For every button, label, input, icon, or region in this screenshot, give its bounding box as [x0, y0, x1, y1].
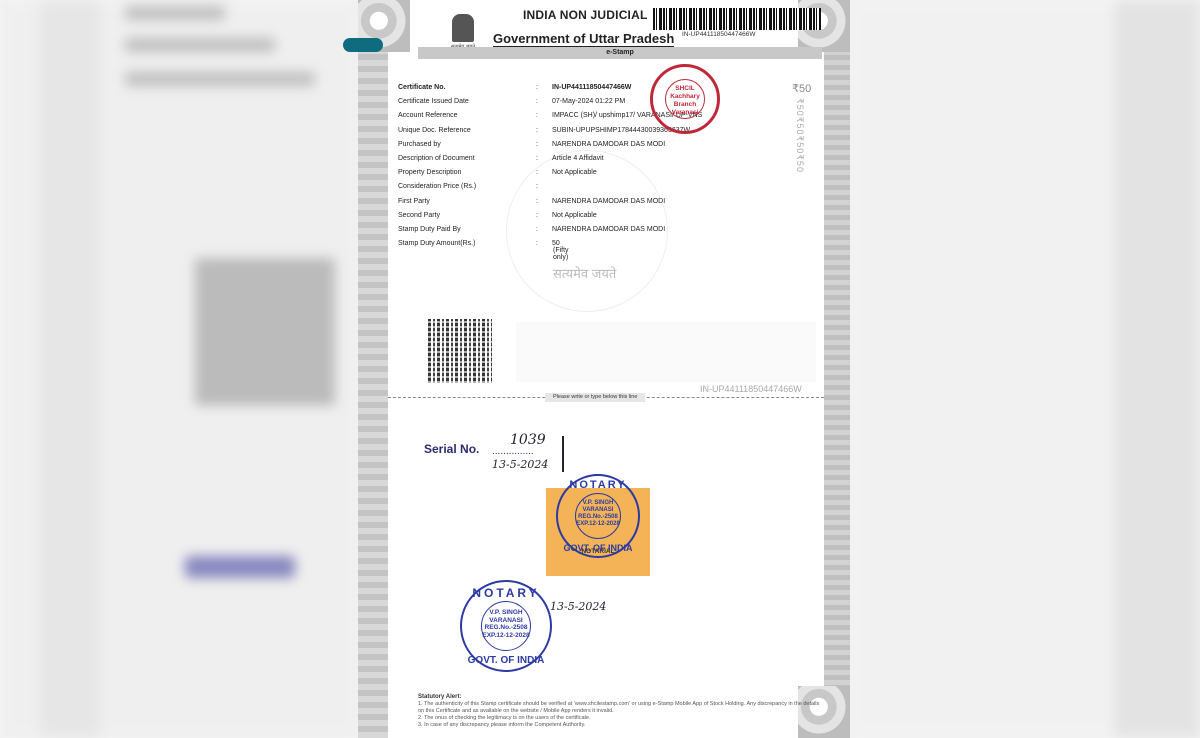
- notary-seal: NOTARY V.P. SINGH VARANASI REG.No.-2508 …: [460, 580, 552, 672]
- national-emblem-icon: सत्यमेव जयते: [446, 10, 480, 50]
- write-below-label: Please write or type below this line: [545, 393, 645, 402]
- certificate-number-footer: IN-UP44111850447466W: [700, 384, 802, 394]
- teal-clip-mark: [343, 38, 383, 52]
- notary-seal: NOTARY V.P. SINGH VARANASI REG.No.-2508 …: [556, 474, 640, 558]
- shcil-seal: SHCIL Kachhary Branch Varanasi: [650, 64, 720, 134]
- vertical-denomination: ₹50₹50₹50₹50: [795, 98, 805, 173]
- decorative-border-right: [824, 0, 850, 738]
- e-stamp-document: सत्यमेव जयते INDIA NON JUDICIAL Governme…: [358, 0, 850, 738]
- decorative-border-left: [358, 0, 388, 738]
- blurred-background-left: [0, 0, 360, 738]
- header-title: INDIA NON JUDICIAL: [523, 8, 648, 22]
- serial-label: Serial No.: [424, 442, 479, 456]
- signature-date: 13-5-2024: [550, 600, 606, 613]
- amount-in-words: (Fifty only): [553, 247, 569, 261]
- document-body: सत्यमेव जयते INDIA NON JUDICIAL Governme…: [388, 0, 824, 738]
- barcode-number: IN-UP44111850447466W: [682, 31, 755, 38]
- blurred-background-right: [848, 0, 1200, 738]
- serial-date: 13-5-2024: [492, 458, 548, 471]
- header-subtitle: Government of Uttar Pradesh: [493, 31, 674, 47]
- serial-number: 1039: [510, 432, 546, 448]
- qr-code-icon: [428, 319, 492, 383]
- e-stamp-band: e-Stamp: [418, 47, 822, 59]
- statutory-alert: Statutory Alert: 1. The authenticity of …: [418, 694, 824, 729]
- watermark-motto: सत्यमेव जयते: [553, 264, 616, 282]
- denomination: ₹50: [792, 82, 811, 95]
- bracket-mark: [562, 436, 564, 472]
- barcode-icon: [653, 8, 821, 30]
- guilloche-pattern: [516, 322, 816, 382]
